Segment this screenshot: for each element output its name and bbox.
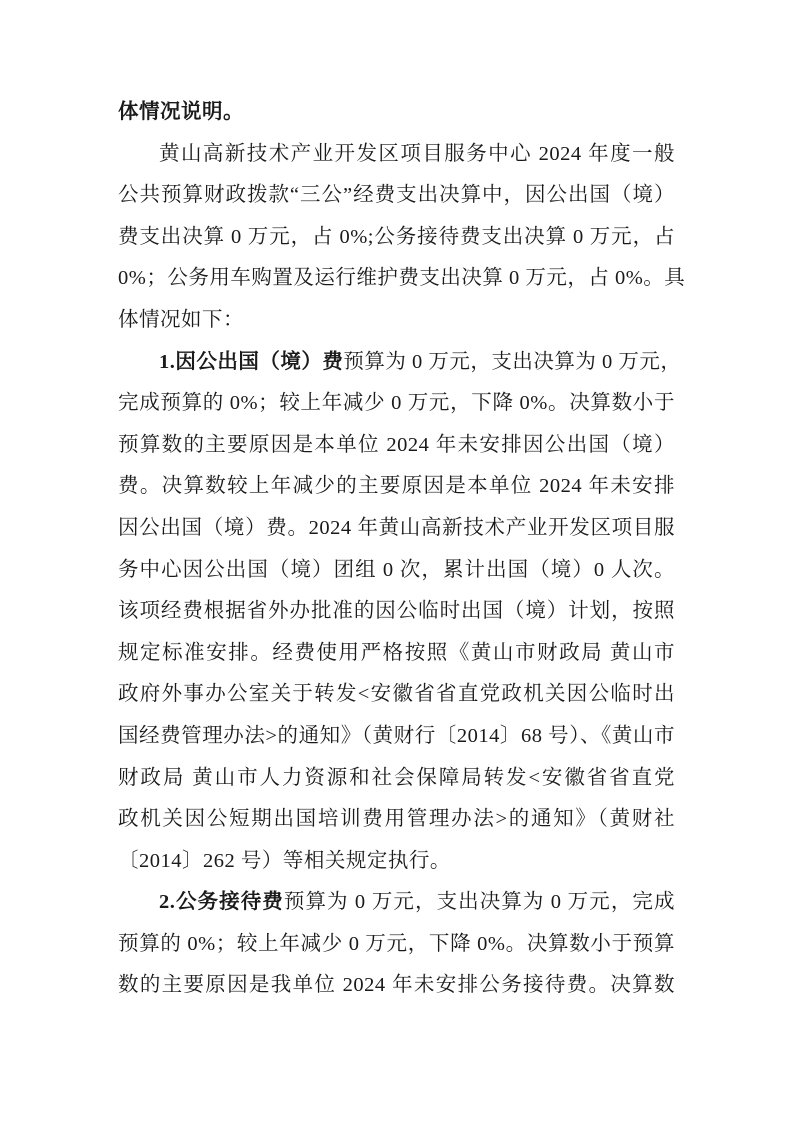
- text-run: 该项经费根据省外办批准的因公临时出国（境）计划，按照: [118, 600, 675, 622]
- text-run: 公共预算财政拨款“三公”经费支出决算中，因公出国（境）: [118, 184, 675, 206]
- document-line: 1.因公出国（境）费预算为 0 万元，支出决算为 0 万元，: [118, 342, 675, 384]
- document-line: 政机关因公短期出国培训费用管理办法>的通知》（黄财社: [118, 799, 675, 841]
- document-line: 规定标准安排。经费使用严格按照《黄山市财政局 黄山市: [118, 633, 675, 675]
- text-run: 0%；公务用车购置及运行维护费支出决算 0 万元，占 0%。具: [118, 267, 685, 289]
- text-run: 规定标准安排。经费使用严格按照《黄山市财政局 黄山市: [118, 642, 675, 664]
- document-line: 2.公务接待费预算为 0 万元，支出决算为 0 万元，完成: [118, 882, 675, 924]
- text-run: 国经费管理办法>的通知》（黄财行〔2014〕68 号）、《黄山市: [118, 725, 675, 747]
- document-line: 体情况如下：: [118, 300, 675, 342]
- text-run: 预算为 0 万元，支出决算为 0 万元，完成: [284, 891, 675, 913]
- text-run: 费支出决算 0 万元，占 0%;公务接待费支出决算 0 万元，占: [118, 226, 675, 248]
- document-line: 财政局 黄山市人力资源和社会保障局转发<安徽省省直党: [118, 758, 675, 800]
- document-line: 数的主要原因是我单位 2024 年未安排公务接待费。决算数: [118, 965, 675, 1007]
- text-run: 政府外事办公室关于转发<安徽省省直党政机关因公临时出: [118, 683, 675, 705]
- text-run: 数的主要原因是我单位 2024 年未安排公务接待费。决算数: [118, 974, 675, 996]
- document-line: 因公出国（境）费。2024 年黄山高新技术产业开发区项目服: [118, 508, 675, 550]
- document-line: 〔2014〕262 号）等相关规定执行。: [118, 841, 675, 883]
- bold-text-run: 体情况说明。: [118, 101, 244, 123]
- text-run: 黄山高新技术产业开发区项目服务中心 2024 年度一般: [159, 143, 675, 165]
- document-line: 预算的 0%；较上年减少 0 万元，下降 0%。决算数小于预算: [118, 924, 675, 966]
- document-body: 体情况说明。黄山高新技术产业开发区项目服务中心 2024 年度一般公共预算财政拨…: [118, 92, 675, 1007]
- document-line: 费。决算数较上年减少的主要原因是本单位 2024 年未安排: [118, 466, 675, 508]
- text-run: 费。决算数较上年减少的主要原因是本单位 2024 年未安排: [118, 475, 675, 497]
- text-run: 完成预算的 0%；较上年减少 0 万元，下降 0%。决算数小于: [118, 392, 675, 414]
- text-run: 因公出国（境）费。2024 年黄山高新技术产业开发区项目服: [118, 517, 675, 539]
- document-page: 体情况说明。黄山高新技术产业开发区项目服务中心 2024 年度一般公共预算财政拨…: [0, 0, 793, 1122]
- document-line: 0%；公务用车购置及运行维护费支出决算 0 万元，占 0%。具: [118, 258, 675, 300]
- document-line: 该项经费根据省外办批准的因公临时出国（境）计划，按照: [118, 591, 675, 633]
- document-line: 费支出决算 0 万元，占 0%;公务接待费支出决算 0 万元，占: [118, 217, 675, 259]
- document-line: 体情况说明。: [118, 92, 675, 134]
- text-run: 〔2014〕262 号）等相关规定执行。: [118, 850, 451, 872]
- document-line: 黄山高新技术产业开发区项目服务中心 2024 年度一般: [118, 134, 675, 176]
- document-line: 政府外事办公室关于转发<安徽省省直党政机关因公临时出: [118, 674, 675, 716]
- bold-text-run: 1.因公出国（境）费: [159, 351, 343, 373]
- document-line: 务中心因公出国（境）团组 0 次，累计出国（境）0 人次。: [118, 550, 675, 592]
- document-line: 完成预算的 0%；较上年减少 0 万元，下降 0%。决算数小于: [118, 383, 675, 425]
- text-run: 预算数的主要原因是本单位 2024 年未安排因公出国（境）: [118, 434, 675, 456]
- bold-text-run: 2.公务接待费: [159, 891, 284, 913]
- text-run: 财政局 黄山市人力资源和社会保障局转发<安徽省省直党: [118, 767, 675, 789]
- text-run: 体情况如下：: [118, 309, 244, 331]
- text-run: 预算的 0%；较上年减少 0 万元，下降 0%。决算数小于预算: [118, 933, 675, 955]
- text-run: 务中心因公出国（境）团组 0 次，累计出国（境）0 人次。: [118, 559, 675, 581]
- text-run: 预算为 0 万元，支出决算为 0 万元，: [343, 351, 681, 373]
- document-line: 公共预算财政拨款“三公”经费支出决算中，因公出国（境）: [118, 175, 675, 217]
- text-run: 政机关因公短期出国培训费用管理办法>的通知》（黄财社: [118, 808, 675, 830]
- document-line: 国经费管理办法>的通知》（黄财行〔2014〕68 号）、《黄山市: [118, 716, 675, 758]
- document-line: 预算数的主要原因是本单位 2024 年未安排因公出国（境）: [118, 425, 675, 467]
